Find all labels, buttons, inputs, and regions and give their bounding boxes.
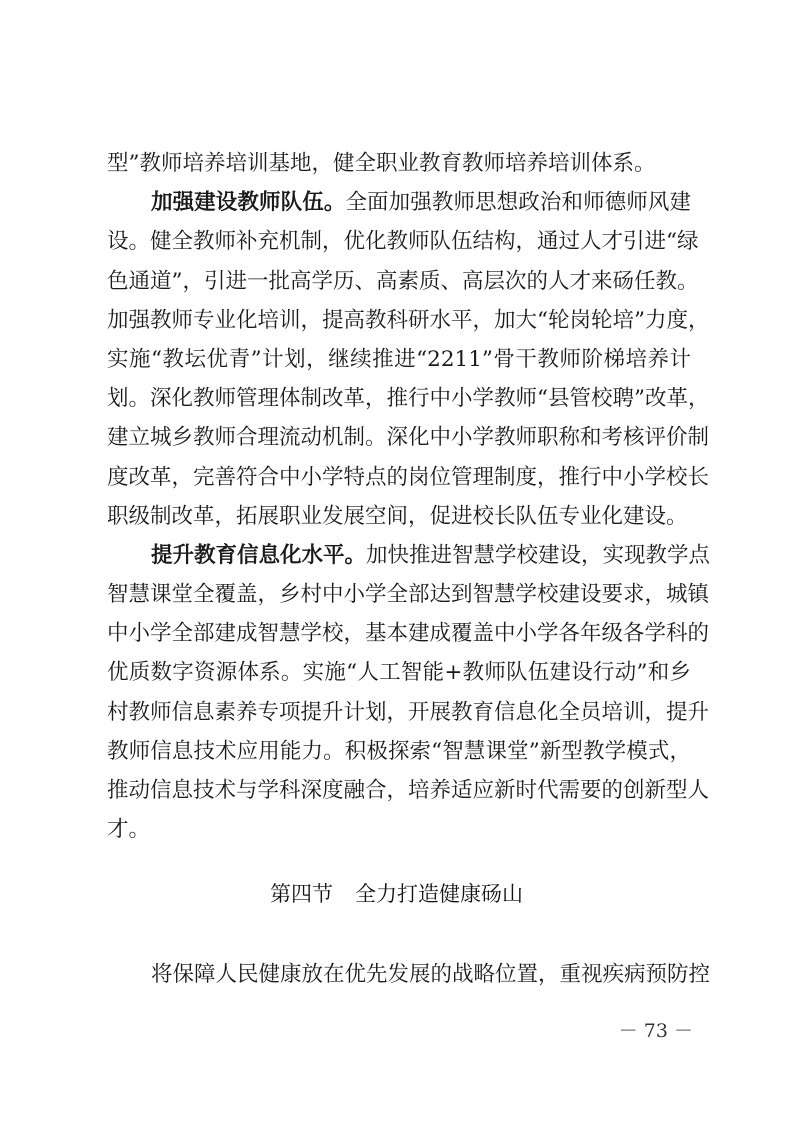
paragraph-line: 职级制改革，拓展职业发展空间，促进校长队伍专业化建设。 — [107, 497, 691, 536]
paragraph-line: 实施“教坛优青”计划，继续推进“2211”骨干教师阶梯培养计 — [107, 340, 691, 379]
paragraph-lead-heading: 加强建设教师队伍。 — [151, 190, 345, 215]
following-paragraph-line: 将保障人民健康放在优先发展的战略位置，重视疾病预防控 — [151, 955, 691, 994]
paragraph-line: 划。深化教师管理体制改革，推行中小学教师“县管校聘”改革， — [107, 379, 691, 418]
paragraph-line: 智慧课堂全覆盖，乡村中小学全部达到智慧学校建设要求，城镇 — [107, 575, 691, 614]
paragraph-line: 推动信息技术与学科深度融合，培养适应新时代需要的创新型人 — [107, 771, 691, 810]
paragraph-line: 加强建设教师队伍。全面加强教师思想政治和师德师风建 — [107, 183, 691, 222]
section-heading: 第四节全力打造健康砀山 — [0, 878, 793, 908]
paragraph-line: 中小学全部建成智慧学校，基本建成覆盖中小学各年级各学科的 — [107, 614, 691, 653]
page-number: － 73 － — [619, 1016, 693, 1043]
paragraph-line: 加强教师专业化培训，提高教科研水平，加大“轮岗轮培”力度， — [107, 301, 691, 340]
paragraph-line: 提升教育信息化水平。加快推进智慧学校建设，实现教学点 — [107, 536, 691, 575]
paragraph-line: 教师信息技术应用能力。积极探索“智慧课堂”新型教学模式， — [107, 732, 691, 771]
document-body: 型”教师培养培训基地，健全职业教育教师培养培训体系。 加强建设教师队伍。全面加强… — [107, 144, 691, 849]
paragraph-text: 全面加强教师思想政治和师德师风建 — [345, 190, 691, 215]
paragraph-line: 才。 — [107, 810, 691, 849]
paragraph-lead-heading: 提升教育信息化水平。 — [151, 543, 366, 568]
paragraph-text: 加快推进智慧学校建设，实现教学点 — [366, 543, 710, 568]
paragraph-line: 色通道”，引进一批高学历、高素质、高层次的人才来砀任教。 — [107, 262, 691, 301]
paragraph-line: 建立城乡教师合理流动机制。深化中小学教师职称和考核评价制 — [107, 418, 691, 457]
paragraph-line: 优质数字资源体系。实施“人工智能+教师队伍建设行动”和乡 — [107, 653, 691, 692]
paragraph-line: 设。健全教师补充机制，优化教师队伍结构，通过人才引进“绿 — [107, 222, 691, 261]
paragraph-line: 型”教师培养培训基地，健全职业教育教师培养培训体系。 — [107, 144, 691, 183]
section-number: 第四节 — [270, 882, 333, 906]
paragraph-line: 村教师信息素养专项提升计划，开展教育信息化全员培训，提升 — [107, 693, 691, 732]
paragraph-line: 度改革，完善符合中小学特点的岗位管理制度，推行中小学校长 — [107, 458, 691, 497]
section-title: 全力打造健康砀山 — [355, 882, 523, 906]
